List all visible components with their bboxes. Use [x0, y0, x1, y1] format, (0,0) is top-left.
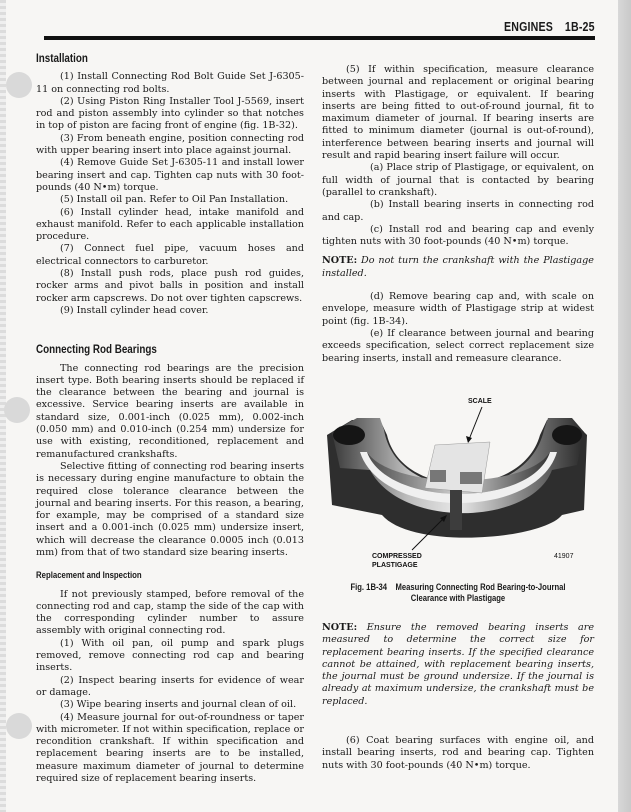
page-number: 1B-25: [565, 20, 595, 34]
inspection-step: (4) Measure journal for out-of-roundness…: [36, 712, 304, 786]
heading-connecting-rod-bearings: Connecting Rod Bearings: [36, 343, 256, 355]
figure-caption-line1: Measuring Connecting Rod Bearing-to-Jour…: [396, 582, 566, 592]
installation-step: (6) Install cylinder head, intake manifo…: [36, 207, 304, 244]
inspection-step: (3) Wipe bearing inserts and journal cle…: [36, 699, 304, 711]
figure-caption: Fig. 1B-34Measuring Connecting Rod Beari…: [342, 582, 573, 604]
note-text: Do not turn the crankshaft with the Plas…: [322, 255, 594, 278]
body-paragraph: The connecting rod bearings are the prec…: [36, 363, 304, 461]
punch-hole: [6, 72, 32, 98]
body-paragraph: Selective fitting of connecting rod bear…: [36, 461, 304, 559]
note-bearing-size: NOTE: Ensure the removed bearing inserts…: [322, 622, 594, 708]
installation-step: (9) Install cylinder head cover.: [36, 305, 304, 317]
installation-step: (3) From beneath engine, position connec…: [36, 133, 304, 158]
installation-step: (5) Install oil pan. Refer to Oil Pan In…: [36, 194, 304, 206]
note-plastigage: NOTE: Do not turn the crankshaft with th…: [322, 255, 594, 280]
procedure-step: (5) If within specification, measure cle…: [322, 64, 594, 162]
installation-step: (2) Using Piston Ring Installer Tool J-5…: [36, 96, 304, 133]
callout-compressed: COMPRESSED: [372, 553, 422, 560]
heading-installation: Installation: [36, 52, 256, 64]
installation-step: (1) Install Connecting Rod Bolt Guide Se…: [36, 71, 304, 96]
inspection-step: (1) With oil pan, oil pump and spark plu…: [36, 638, 304, 675]
note-label: NOTE:: [322, 255, 357, 266]
procedure-substep: (b) Install bearing inserts in connectin…: [322, 199, 594, 224]
installation-step: (4) Remove Guide Set J-6305-11 and insta…: [36, 157, 304, 194]
heading-replacement-inspection: Replacement and Inspection: [36, 570, 256, 582]
procedure-substep: (e) If clearance between journal and bea…: [322, 328, 594, 365]
callout-plastigage: PLASTIGAGE: [372, 562, 418, 569]
punch-hole: [6, 713, 32, 739]
procedure-substep: (a) Place strip of Plastigage, or equiva…: [322, 162, 594, 199]
installation-step: (8) Install push rods, place push rod gu…: [36, 268, 304, 305]
body-paragraph: If not previously stamped, before remova…: [36, 589, 304, 638]
callout-scale: SCALE: [468, 398, 492, 405]
header-rule: [44, 36, 595, 40]
punch-hole: [4, 397, 30, 423]
left-column: Installation (1) Install Connecting Rod …: [36, 52, 304, 785]
bearing-cap-photo: SCALE COMPRESSED PLASTIGAGE 41907: [322, 390, 594, 570]
procedure-substep: (d) Remove bearing cap and, with scale o…: [322, 291, 594, 328]
procedure-substep: (c) Install rod and bearing cap and even…: [322, 224, 594, 249]
inspection-step: (2) Inspect bearing inserts for evidence…: [36, 675, 304, 700]
section-title: ENGINES: [504, 20, 553, 34]
figure-number: Fig. 1B-34: [350, 582, 387, 592]
right-column: (5) If within specification, measure cle…: [322, 64, 594, 365]
note-text: Ensure the removed bearing inserts are m…: [322, 622, 594, 707]
figure-image-number: 41907: [554, 553, 574, 560]
procedure-step-6: (6) Coat bearing surfaces with engine oi…: [322, 735, 594, 772]
figure-bearing-clearance: SCALE COMPRESSED PLASTIGAGE 41907: [322, 390, 594, 570]
page-edge-right: [618, 0, 631, 812]
running-head: ENGINES1B-25: [492, 20, 595, 34]
installation-step: (7) Connect fuel pipe, vacuum hoses and …: [36, 243, 304, 268]
note-label: NOTE:: [322, 622, 357, 633]
procedure-step: (6) Coat bearing surfaces with engine oi…: [322, 735, 594, 772]
figure-caption-line2: Clearance with Plastigage: [342, 593, 573, 604]
